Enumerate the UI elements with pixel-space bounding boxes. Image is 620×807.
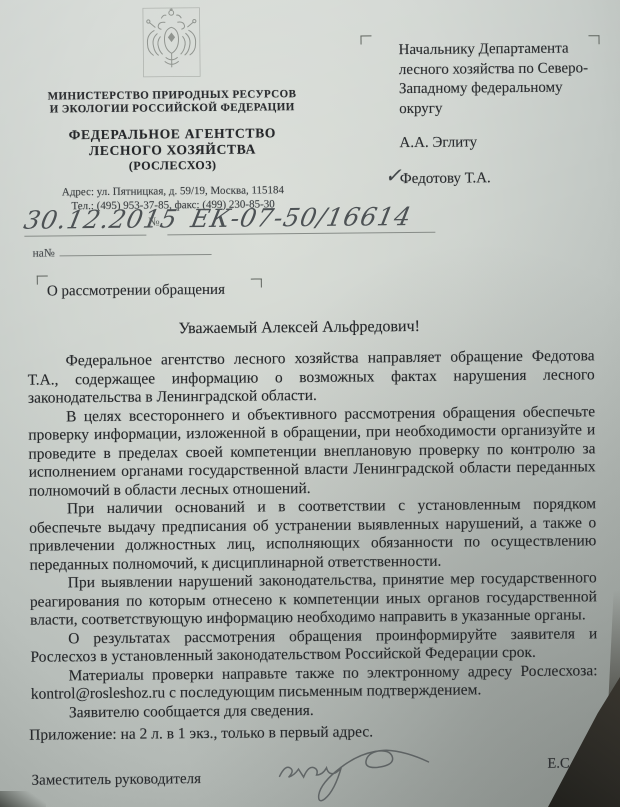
addressee-line1: Начальнику Департамента (399, 39, 601, 60)
body-paragraph: При выявлении нарушений законодательства… (30, 569, 598, 630)
number-underline: ЕК-07-50/16614 (168, 202, 436, 236)
subject-corner-mark-right (251, 278, 262, 287)
body-paragraph: Материалы проверки направьте также по эл… (31, 662, 598, 704)
ministry-line2: И ЭКОЛОГИИ РОССИЙСКОЙ ФЕДЕРАЦИИ (13, 101, 331, 117)
addressee-line3: Западному федеральному (399, 78, 601, 99)
letter-sheet: МИНИСТЕРСТВО ПРИРОДНЫХ РЕСУРСОВ И ЭКОЛОГ… (0, 0, 620, 807)
body-paragraph: Федеральное агентство лесного хозяйства … (27, 347, 595, 408)
handwritten-date: 30.12.2015 (21, 204, 180, 236)
handwritten-outgoing-number: ЕК-07-50/16614 (189, 202, 415, 234)
salutation: Уважаемый Алексей Альфредович! (29, 317, 569, 340)
addressee-line2: лесного хозяйства по Северо- (399, 59, 601, 80)
date-underline: 30.12.2015 (24, 205, 146, 237)
reply-to-line: на№ (32, 242, 211, 260)
shadow-bottom-left-corner (0, 791, 46, 807)
subject-line: О рассмотрении обращения (47, 282, 225, 301)
addressee-name-fedotov: ✓Федотову Т.А. (400, 168, 602, 189)
body-paragraph: В целях всестороннего и объективного рас… (28, 403, 596, 501)
reference-line: 30.12.2015№ЕК-07-50/16614 (24, 202, 464, 237)
reply-to-label: на№ (32, 247, 54, 259)
reply-to-blank (60, 242, 212, 256)
checkmark-icon: ✓ (385, 167, 402, 187)
addressee-corner-mark-left (360, 35, 371, 44)
russian-coat-of-arms-icon (142, 7, 201, 78)
letter-body: Федеральное агентство лесного хозяйства … (27, 347, 598, 722)
letterhead: МИНИСТЕРСТВО ПРИРОДНЫХ РЕСУРСОВ И ЭКОЛОГ… (12, 6, 332, 214)
body-paragraph: При наличии оснований и в соответствии с… (29, 495, 597, 574)
photographed-letter: МИНИСТЕРСТВО ПРИРОДНЫХ РЕСУРСОВ И ЭКОЛОГ… (0, 0, 620, 807)
addressee-line4: округу (399, 98, 601, 119)
addressee-name-fedotov-text: Федотову Т.А. (400, 170, 491, 187)
agency-short-name: (РОСЛЕСХОЗ) (14, 157, 332, 175)
body-paragraph: О результатах рассмотрения обращения про… (30, 625, 597, 667)
addressee-block: Начальнику Департамента лесного хозяйств… (399, 39, 602, 189)
addressee-name-eglit: А.А. Эглиту (399, 132, 601, 153)
handwritten-signature (265, 734, 516, 804)
signer-position: Заместитель руководителя (32, 771, 202, 790)
